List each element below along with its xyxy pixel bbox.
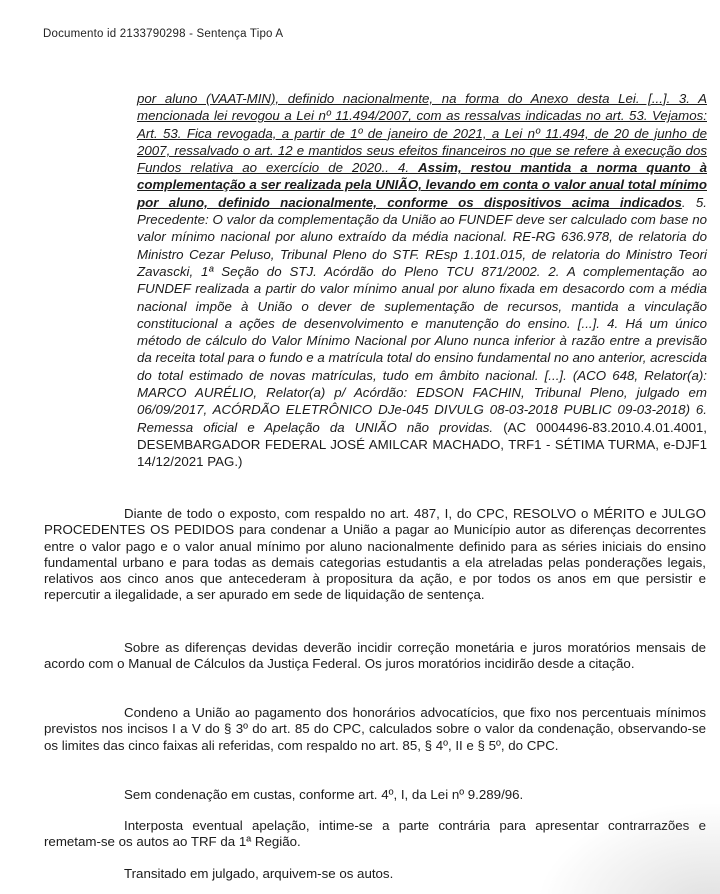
body-paragraph: Sem condenação em custas, conforme art. … [44,787,706,803]
quote-segment-italic: . 5. Precedente: O valor da complementaç… [137,195,707,435]
jurisprudence-quote-block: por aluno (VAAT-MIN), definido nacionalm… [137,90,707,471]
body-paragraph: Sobre as diferenças devidas deverão inci… [44,640,706,673]
document-id-label: Documento id 2133790298 - Sentença Tipo … [43,28,283,40]
body-paragraph: Transitado em julgado, arquivem-se os au… [44,866,706,882]
body-paragraph: Condeno a União ao pagamento dos honorár… [44,705,706,754]
body-paragraph: Diante de todo o exposto, com respaldo n… [44,506,706,604]
document-page: Documento id 2133790298 - Sentença Tipo … [0,0,720,894]
body-paragraph: Interposta eventual apelação, intime-se … [44,818,706,851]
